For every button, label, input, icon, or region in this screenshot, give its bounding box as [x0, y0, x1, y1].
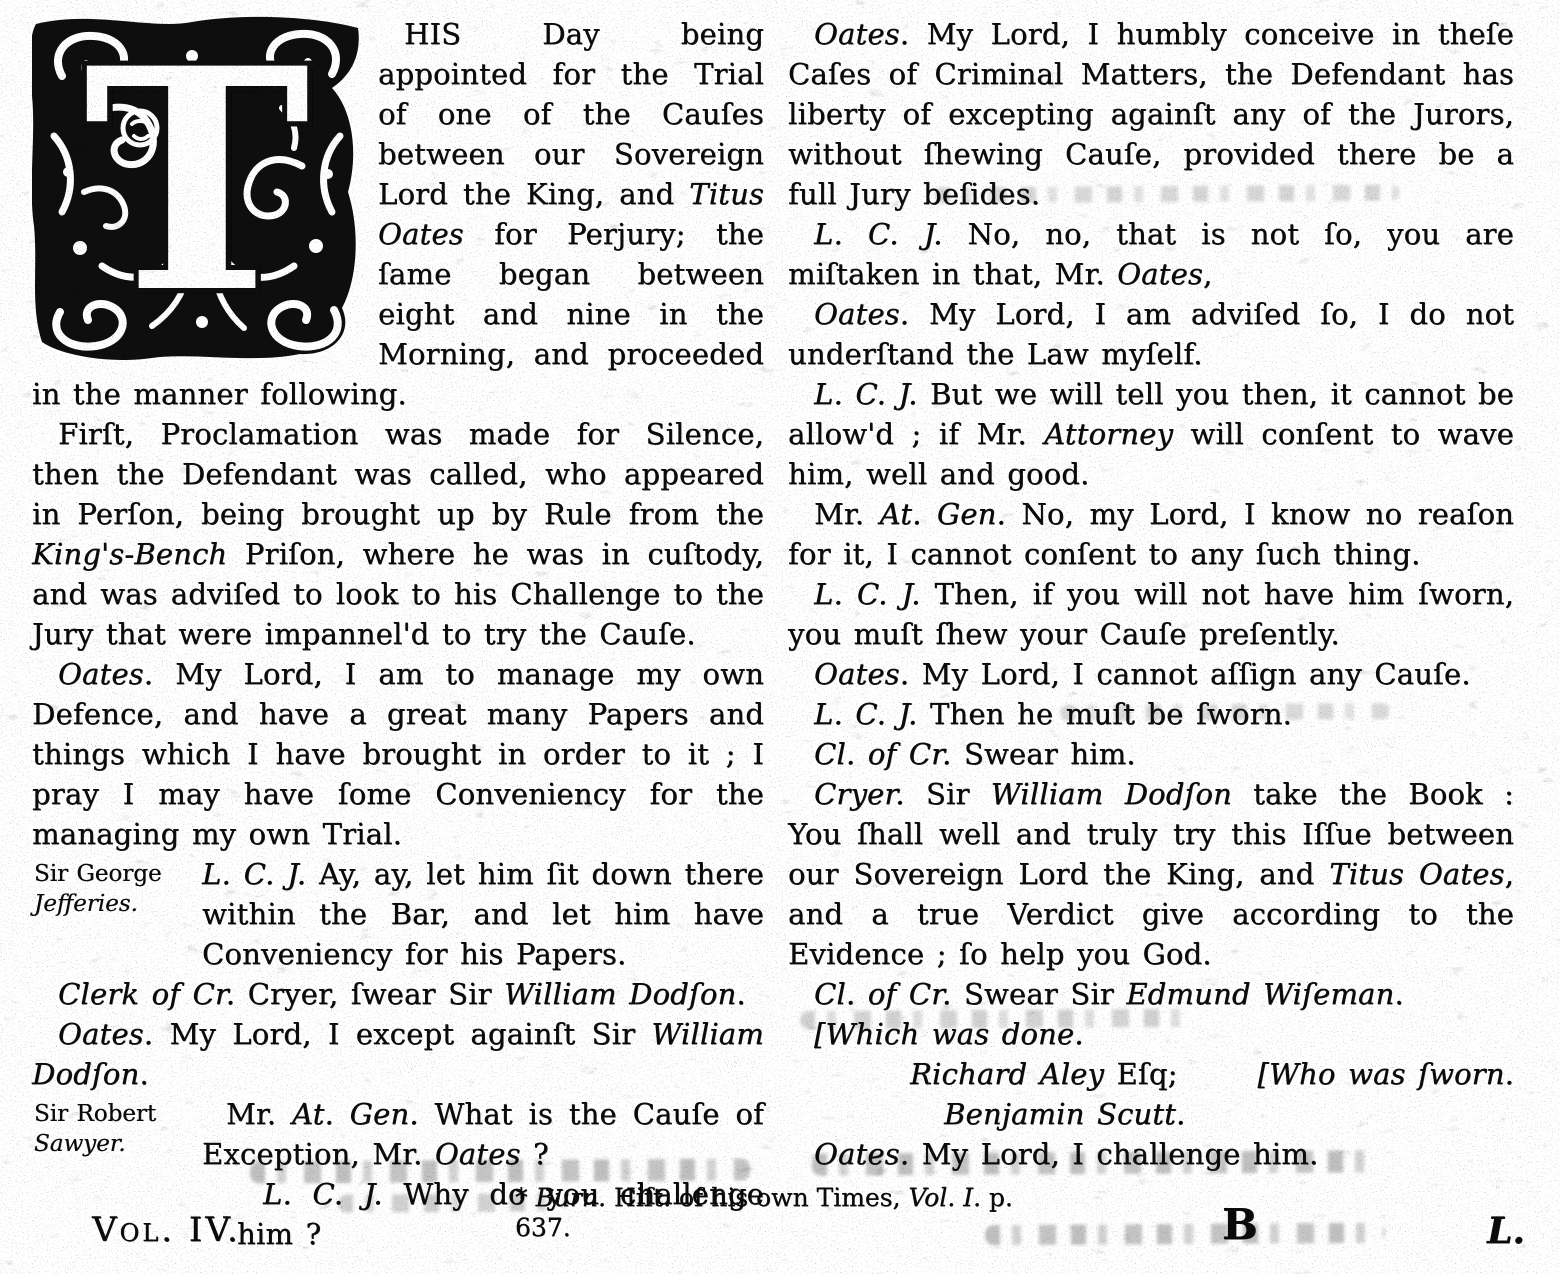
paragraph-oates-conceive: Oates. My Lord, I humbly conceive in the… [788, 14, 1514, 214]
margin-note-jefferies: Sir George Jefferies. [34, 859, 192, 919]
paragraph-cl-wiseman: Cl. of Cr. Swear Sir Edmund Wiſeman. [788, 974, 1514, 1014]
paragraph-lcj-tell: L. C. J. But we will tell you then, it c… [788, 374, 1514, 494]
scanned-book-page: T HIS Day being appointed for the Trial … [0, 0, 1560, 1274]
paragraph-oates-cannot: Oates. My Lord, I cannot aſſign any Cauſ… [788, 654, 1514, 694]
signature-mark: B [1222, 1200, 1258, 1249]
paragraph-lcj-ay-block: Sir George Jefferies. L. C. J. Ay, ay, l… [32, 854, 764, 974]
paragraph-cl-swear-him: Cl. of Cr. Swear him. [788, 734, 1514, 774]
paragraph-oates-defence: Oates. My Lord, I am to manage my own De… [32, 654, 764, 854]
paragraph-oates-challenge: Oates. My Lord, I challenge him. [788, 1134, 1514, 1174]
juror-name: Richard Aley Eſq; [910, 1057, 1178, 1091]
paragraph-oates-advised: Oates. My Lord, I am adviſed ſo, I do no… [788, 294, 1514, 374]
paragraph-proclamation: Firſt, Proclamation was made for Silence… [32, 414, 764, 654]
paragraph-lcj-no: L. C. J. No, no, that is not ſo, you are… [788, 214, 1514, 294]
paragraph-lcj-sworn: L. C. J. Then he muſt be ſworn. [788, 694, 1514, 734]
paragraph-clerk-swear: Clerk of Cr. Cryer, ſwear Sir William Do… [32, 974, 764, 1014]
stage-direction-done: [Which was done. [788, 1014, 1514, 1054]
paragraph-atgen-no: Mr. At. Gen. No, my Lord, I know no reaſ… [788, 494, 1514, 574]
margin-note-sawyer: Sir Robert Sawyer. [34, 1099, 192, 1159]
paragraph-opening: T HIS Day being appointed for the Trial … [32, 14, 764, 414]
drop-cap-letter: T [83, 16, 310, 360]
right-column: Oates. My Lord, I humbly conceive in the… [788, 14, 1514, 1174]
stage-direction-sworn: [Who was ſworn. [1232, 1054, 1514, 1094]
juror-benjamin-scutt: Benjamin Scutt. [788, 1094, 1514, 1134]
footnote: * Burn. Hiſt. of his own Times, Vol. I. … [515, 1183, 1075, 1243]
juror-richard-aley: Richard Aley Eſq; [Who was ſworn. [788, 1054, 1514, 1094]
ornate-initial: T [32, 16, 362, 361]
catchword: L. [1487, 1210, 1525, 1252]
paragraph-atgen-block: Sir Robert Sawyer. Mr. At. Gen. What is … [32, 1094, 764, 1174]
paragraph-lcj-then: L. C. J. Then, if you will not have him … [788, 574, 1514, 654]
woodcut-initial-icon: T [32, 16, 362, 361]
paragraph-cryer-oath: Cryer. Sir William Dodſon take the Book … [788, 774, 1514, 974]
paragraph-oates-except: Oates. My Lord, I except againſt Sir Wil… [32, 1014, 764, 1094]
volume-label: Vol. IV. [92, 1210, 241, 1250]
left-column: T HIS Day being appointed for the Trial … [32, 14, 764, 1254]
